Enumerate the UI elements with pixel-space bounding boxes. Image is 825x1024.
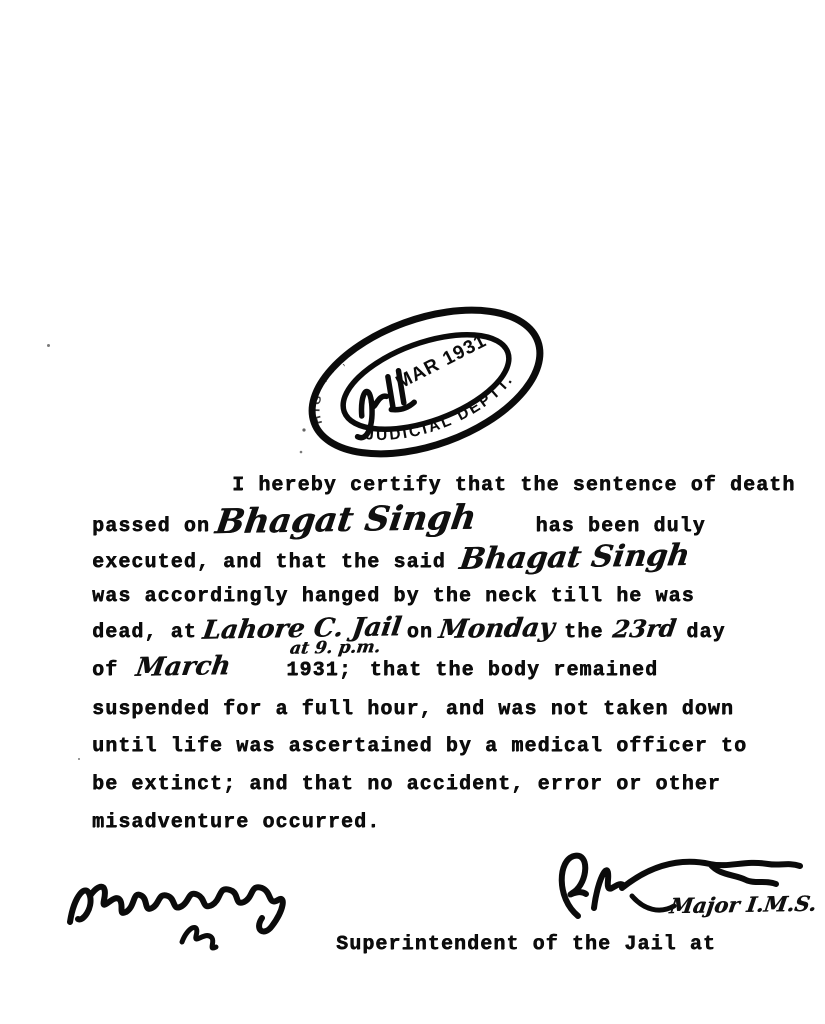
body-line-5: dead, at Lahore C. Jail on Monday the 23… xyxy=(92,614,726,644)
typed-text: be extinct; and that no accident, error … xyxy=(92,773,721,796)
handwritten-weekday: Monday xyxy=(437,613,557,645)
ink-speck xyxy=(302,428,305,431)
typed-text: the xyxy=(564,621,603,644)
typed-text: of xyxy=(92,659,118,682)
body-line-4: was accordingly hanged by the neck till … xyxy=(92,585,695,608)
typed-text: misadventure occurred. xyxy=(92,811,380,834)
typed-text: day xyxy=(686,621,725,644)
superintendent-title-line: Superintendent of the Jail at xyxy=(336,933,716,956)
handwritten-month: March xyxy=(134,651,233,683)
body-line-6: of March 1931; at 9. p.m. that the body … xyxy=(92,652,658,682)
handwritten-rank: Major I.M.S. xyxy=(668,891,818,919)
body-line-9: be extinct; and that no accident, error … xyxy=(92,773,721,796)
body-line-10: misadventure occurred. xyxy=(92,811,380,834)
left-signature-initials xyxy=(182,927,216,948)
year-with-insertion: 1931; at 9. p.m. xyxy=(286,659,352,682)
handwritten-date: 23rd xyxy=(611,613,678,643)
body-line-7: suspended for a full hour, and was not t… xyxy=(92,698,734,721)
typed-text: passed on xyxy=(92,515,210,538)
typed-text: on xyxy=(407,621,433,644)
typed-text: executed, and that the said xyxy=(92,551,446,574)
typed-text: was accordingly hanged by the neck till … xyxy=(92,585,695,608)
body-line-2: passed on Bhagat Singh has been duly xyxy=(92,500,706,540)
typed-text: 1931; xyxy=(286,659,352,682)
superintendent-signature: Major I.M.S. xyxy=(512,844,817,944)
superintendent-signature-descender xyxy=(632,896,674,910)
left-signature xyxy=(62,864,302,960)
body-line-1: I hereby certify that the sentence of de… xyxy=(232,474,795,497)
typed-text: has been duly xyxy=(535,515,705,538)
handwritten-condemned-name: Bhagat Singh xyxy=(457,538,692,577)
typed-text: Superintendent of the Jail at xyxy=(336,933,716,956)
handwritten-time-insertion: at 9. p.m. xyxy=(289,637,382,659)
left-signature-scrawl xyxy=(70,887,283,932)
typed-text: I hereby certify that the sentence of de… xyxy=(232,474,795,497)
judicial-dept-stamp: JUDICIAL DEPTT. HIG · ' · ' , MAR 1931 xyxy=(296,294,556,470)
typed-text: until life was ascertained by a medical … xyxy=(92,735,747,758)
typed-text: suspended for a full hour, and was not t… xyxy=(92,698,734,721)
body-line-8: until life was ascertained by a medical … xyxy=(92,735,747,758)
ink-speck xyxy=(47,344,50,347)
stamp-ring-partial-text: HIG xyxy=(300,387,334,427)
document-page: JUDICIAL DEPTT. HIG · ' · ' , MAR 1931 xyxy=(0,0,825,1024)
ink-speck xyxy=(78,758,80,760)
typed-text: that the body remained xyxy=(370,659,658,682)
body-line-3: executed, and that the said Bhagat Singh xyxy=(92,540,689,575)
typed-text: dead, at xyxy=(92,621,197,644)
stamp-outer-ring xyxy=(296,294,556,470)
handwritten-condemned-name: Bhagat Singh xyxy=(213,498,479,543)
ink-speck xyxy=(300,451,303,454)
